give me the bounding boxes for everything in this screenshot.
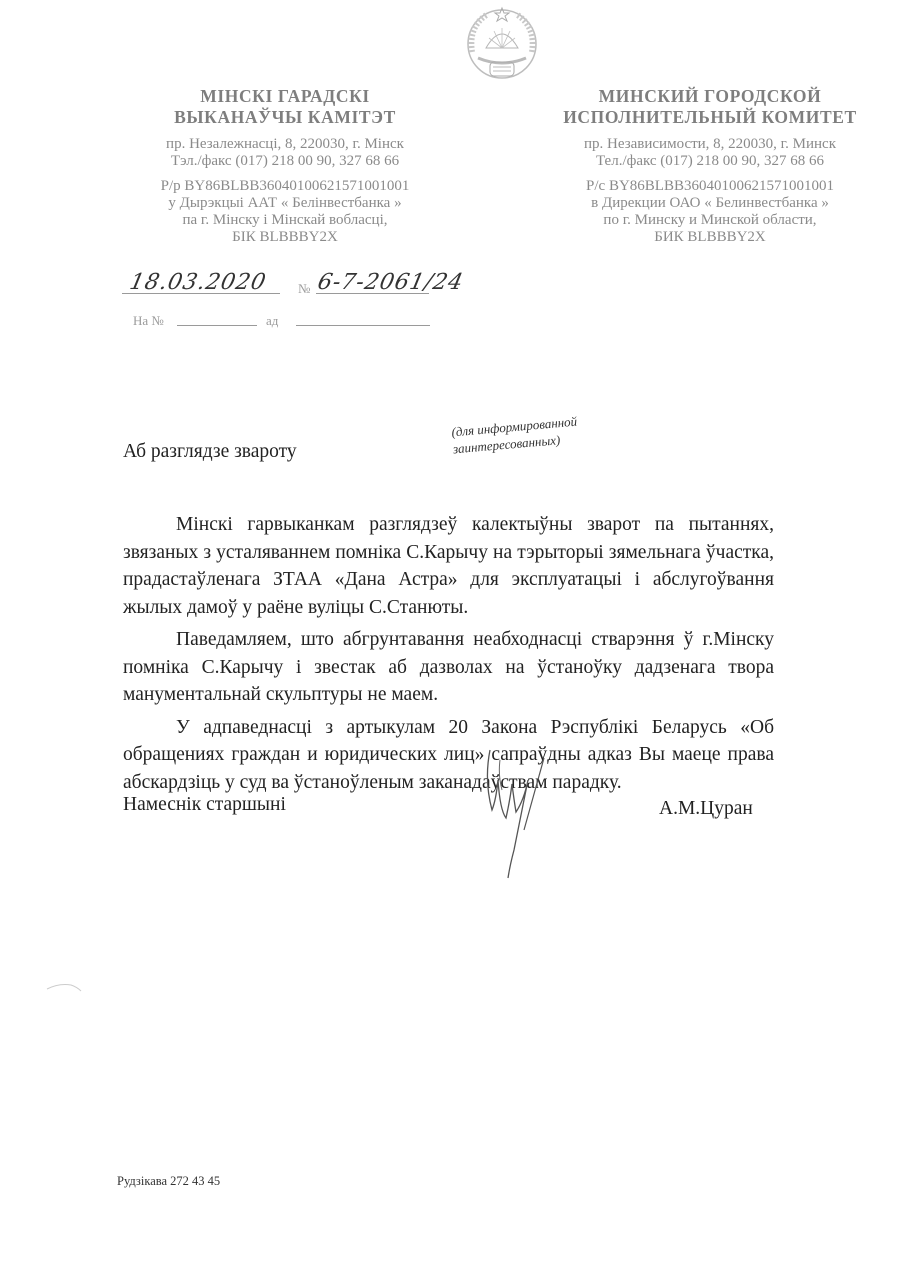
- phone: Тэл./факс (017) 218 00 90, 327 68 66: [115, 153, 455, 170]
- number-underline: [316, 293, 429, 294]
- bic: БИК BLBBBY2X: [540, 229, 880, 246]
- bank-line2: па г. Мінску і Мінскай вобласці,: [115, 212, 455, 229]
- letter-body: Мінскі гарвыканкам разглядзеў калектыўны…: [123, 511, 774, 796]
- ref-date-line: [296, 325, 430, 326]
- registration-date: 18.03.2020: [127, 270, 268, 295]
- ref-label: На №: [133, 313, 164, 329]
- account: Р/с BY86BLBB36040100621571001001: [540, 178, 880, 195]
- signatory-name: А.М.Цуран: [659, 798, 753, 820]
- bank-line1: у Дырэкцыі ААТ « Белінвестбанка »: [115, 195, 455, 212]
- handwritten-note: (для информированной заинтересованных): [451, 413, 579, 458]
- letterhead-belarusian: МІНСКІ ГАРАДСКІ ВЫКАНАЎЧЫ КАМІТЭТ пр. Не…: [115, 86, 455, 246]
- paragraph: Мінскі гарвыканкам разглядзеў калектыўны…: [123, 511, 774, 621]
- bank-line2: по г. Минску и Минской области,: [540, 212, 880, 229]
- bic: БІК BLBBBY2X: [115, 229, 455, 246]
- signatory-title: Намеснік старшыні: [123, 794, 286, 816]
- phone: Тел./факс (017) 218 00 90, 327 68 66: [540, 153, 880, 170]
- number-label: №: [298, 281, 310, 297]
- ref-number-line: [177, 325, 257, 326]
- org-name-line2: ВЫКАНАЎЧЫ КАМІТЭТ: [115, 107, 455, 128]
- paragraph: Паведамляем, што абгрунтавання неабходна…: [123, 626, 774, 709]
- address: пр. Незалежнасці, 8, 220030, г. Мінск: [115, 136, 455, 153]
- executor-contact: Рудзікава 272 43 45: [117, 1174, 220, 1189]
- date-underline: [122, 293, 280, 294]
- registration-number: 6-7-2061/24: [315, 270, 466, 295]
- org-name-line2: ИСПОЛНИТЕЛЬНЫЙ КОМИТЕТ: [540, 107, 880, 128]
- letterhead-russian: МИНСКИЙ ГОРОДСКОЙ ИСПОЛНИТЕЛЬНЫЙ КОМИТЕТ…: [540, 86, 880, 246]
- account: Р/р BY86BLBB36040100621571001001: [115, 178, 455, 195]
- org-name-line1: МІНСКІ ГАРАДСКІ: [115, 86, 455, 107]
- bank-line1: в Дирекции ОАО « Белинвестбанка »: [540, 195, 880, 212]
- org-name-line1: МИНСКИЙ ГОРОДСКОЙ: [540, 86, 880, 107]
- scan-artifact: [45, 980, 85, 992]
- paragraph: У адпаведнасці з артыкулам 20 Закона Рэс…: [123, 714, 774, 797]
- handwritten-signature-icon: [480, 740, 560, 880]
- address: пр. Независимости, 8, 220030, г. Минск: [540, 136, 880, 153]
- subject-line: Аб разглядзе звароту: [123, 441, 297, 463]
- belarus-coat-of-arms-icon: [458, 2, 546, 84]
- ref-from-label: ад: [266, 313, 278, 329]
